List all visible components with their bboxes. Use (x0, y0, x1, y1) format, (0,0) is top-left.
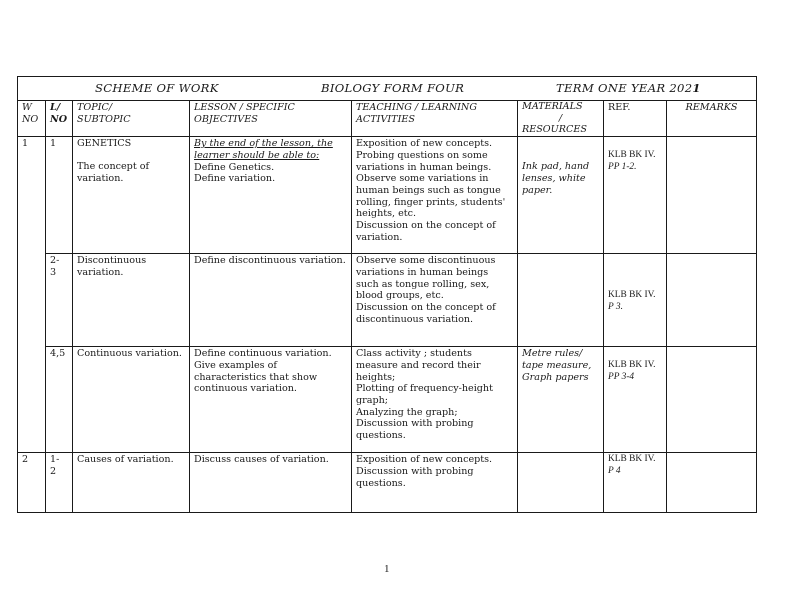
objectives-cell: Define continuous variation. Give exampl… (190, 347, 352, 453)
ref-book: KLB BK IV. (608, 454, 662, 466)
activities-cell: Exposition of new concepts. Discussion w… (352, 453, 518, 513)
activity-item: Exposition of new concepts. (356, 454, 513, 466)
subtopic: The concept of variation. (77, 161, 185, 184)
table-row: 2- 3 Discontinuous variation. Define dis… (18, 254, 757, 347)
activity-item: Discussion on the concept of discontinuo… (356, 302, 513, 325)
materials-cell (518, 254, 604, 347)
header-lesson-line1: L/ (50, 102, 68, 114)
header-lesson: L/NO (46, 101, 73, 137)
header-lesson-line2: NO (50, 114, 68, 126)
ref-cell: KLB BK IV. P 4 (604, 453, 667, 513)
header-activities-line2: ACTIVITIES (356, 114, 513, 126)
lesson-line1: 1- (50, 454, 68, 466)
term-last-digit: 1 (692, 81, 700, 95)
header-week-line1: W (22, 102, 41, 114)
header-objectives-line2: OBJECTIVES (194, 114, 347, 126)
objective-item: Define Genetics. (194, 162, 347, 174)
activity-item: Analyzing the graph; (356, 407, 513, 419)
objective-item: Discuss causes of variation. (194, 454, 347, 466)
activity-item: Observe some discontinuous variations in… (356, 255, 513, 302)
ref-pages: P 3. (608, 302, 662, 314)
activity-item: Class activity ; students measure and re… (356, 348, 513, 383)
objectives-intro-2: learner should be able to: (194, 150, 347, 162)
objective-item: Give examples of characteristics that sh… (194, 360, 347, 395)
objectives-cell: Discuss causes of variation. (190, 453, 352, 513)
materials-cell: Metre rules/ tape measure, Graph papers (518, 347, 604, 453)
activity-item: Observe some variations in human beings … (356, 173, 513, 220)
topic-title: GENETICS (77, 138, 185, 150)
term-title: TERM ONE YEAR 2021 (556, 83, 701, 95)
activities-cell: Class activity ; students measure and re… (352, 347, 518, 453)
activity-item: Plotting of frequency-height graph; (356, 383, 513, 406)
header-topic-line1: TOPIC/ (77, 102, 185, 114)
topic-cell: Discontinuous variation. (73, 254, 190, 347)
header-materials-line3: RESOURCES (522, 124, 599, 136)
objective-item: Define discontinuous variation. (194, 255, 347, 267)
header-row: WNO L/NO TOPIC/SUBTOPIC LESSON / SPECIFI… (18, 101, 757, 137)
topic-cell: Continuous variation. (73, 347, 190, 453)
activity-item: Discussion with probing questions. (356, 466, 513, 489)
ref-cell: KLB BK IV. PP 3-4 (604, 347, 667, 453)
ref-cell: KLB BK IV. P 3. (604, 254, 667, 347)
lesson-line1: 2- (50, 255, 68, 267)
week-cell: 2 (18, 453, 46, 513)
header-objectives: LESSON / SPECIFICOBJECTIVES (190, 101, 352, 137)
activity-item: Exposition of new concepts. (356, 138, 513, 150)
header-materials-line1: MATERIALS (522, 101, 599, 113)
ref-cell: KLB BK IV. PP 1-2. (604, 137, 667, 254)
ref-book: KLB BK IV. (608, 150, 662, 162)
topic-cell: GENETICS The concept of variation. (73, 137, 190, 254)
activities-cell: Observe some discontinuous variations in… (352, 254, 518, 347)
remarks-cell (667, 453, 757, 513)
ref-pages: P 4 (608, 466, 662, 478)
activities-cell: Exposition of new concepts. Probing ques… (352, 137, 518, 254)
lesson-cell: 1 (46, 137, 73, 254)
objectives-cell: Define discontinuous variation. (190, 254, 352, 347)
table-row: 1 1 GENETICS The concept of variation. B… (18, 137, 757, 254)
scheme-of-work-table: SCHEME OF WORK BIOLOGY FORM FOUR TERM ON… (17, 76, 757, 513)
week-cell: 1 (18, 137, 46, 453)
table-row: 4,5 Continuous variation. Define continu… (18, 347, 757, 453)
lesson-line2: 3 (50, 267, 68, 279)
ref-book: KLB BK IV. (608, 360, 662, 372)
scheme-title: SCHEME OF WORK (95, 83, 219, 95)
lesson-cell: 1- 2 (46, 453, 73, 513)
header-ref: REF. (604, 101, 667, 137)
header-topic-line2: SUBTOPIC (77, 114, 185, 126)
lesson-cell: 2- 3 (46, 254, 73, 347)
activity-item: Probing questions on some variations in … (356, 150, 513, 173)
ref-pages: PP 3-4 (608, 372, 662, 384)
materials-cell: Ink pad, hand lenses, white paper. (518, 137, 604, 254)
header-materials-line2: / (522, 113, 599, 125)
remarks-cell (667, 137, 757, 254)
header-materials: MATERIALS/RESOURCES (518, 101, 604, 137)
header-week: WNO (18, 101, 46, 137)
page-number: 1 (384, 563, 390, 575)
lesson-cell: 4,5 (46, 347, 73, 453)
objectives-intro-1: By the end of the lesson, the (194, 138, 347, 150)
table-row: 2 1- 2 Causes of variation. Discuss caus… (18, 453, 757, 513)
remarks-cell (667, 254, 757, 347)
activity-item: Discussion on the concept of variation. (356, 220, 513, 243)
activity-item: Discussion with probing questions. (356, 418, 513, 441)
term-text: TERM ONE YEAR 202 (556, 81, 692, 95)
header-topic: TOPIC/SUBTOPIC (73, 101, 190, 137)
subject-title: BIOLOGY FORM FOUR (321, 83, 464, 95)
header-remarks: REMARKS (667, 101, 757, 137)
objectives-cell: By the end of the lesson, the learner sh… (190, 137, 352, 254)
header-objectives-line1: LESSON / SPECIFIC (194, 102, 347, 114)
ref-pages: PP 1-2. (608, 162, 662, 174)
ref-book: KLB BK IV. (608, 290, 662, 302)
header-activities: TEACHING / LEARNINGACTIVITIES (352, 101, 518, 137)
header-week-line2: NO (22, 114, 41, 126)
title-cell: SCHEME OF WORK BIOLOGY FORM FOUR TERM ON… (18, 77, 757, 101)
objective-item: Define variation. (194, 173, 347, 185)
objective-item: Define continuous variation. (194, 348, 347, 360)
topic-cell: Causes of variation. (73, 453, 190, 513)
header-activities-line1: TEACHING / LEARNING (356, 102, 513, 114)
lesson-line2: 2 (50, 466, 68, 478)
remarks-cell (667, 347, 757, 453)
title-row: SCHEME OF WORK BIOLOGY FORM FOUR TERM ON… (18, 77, 757, 101)
materials-cell (518, 453, 604, 513)
